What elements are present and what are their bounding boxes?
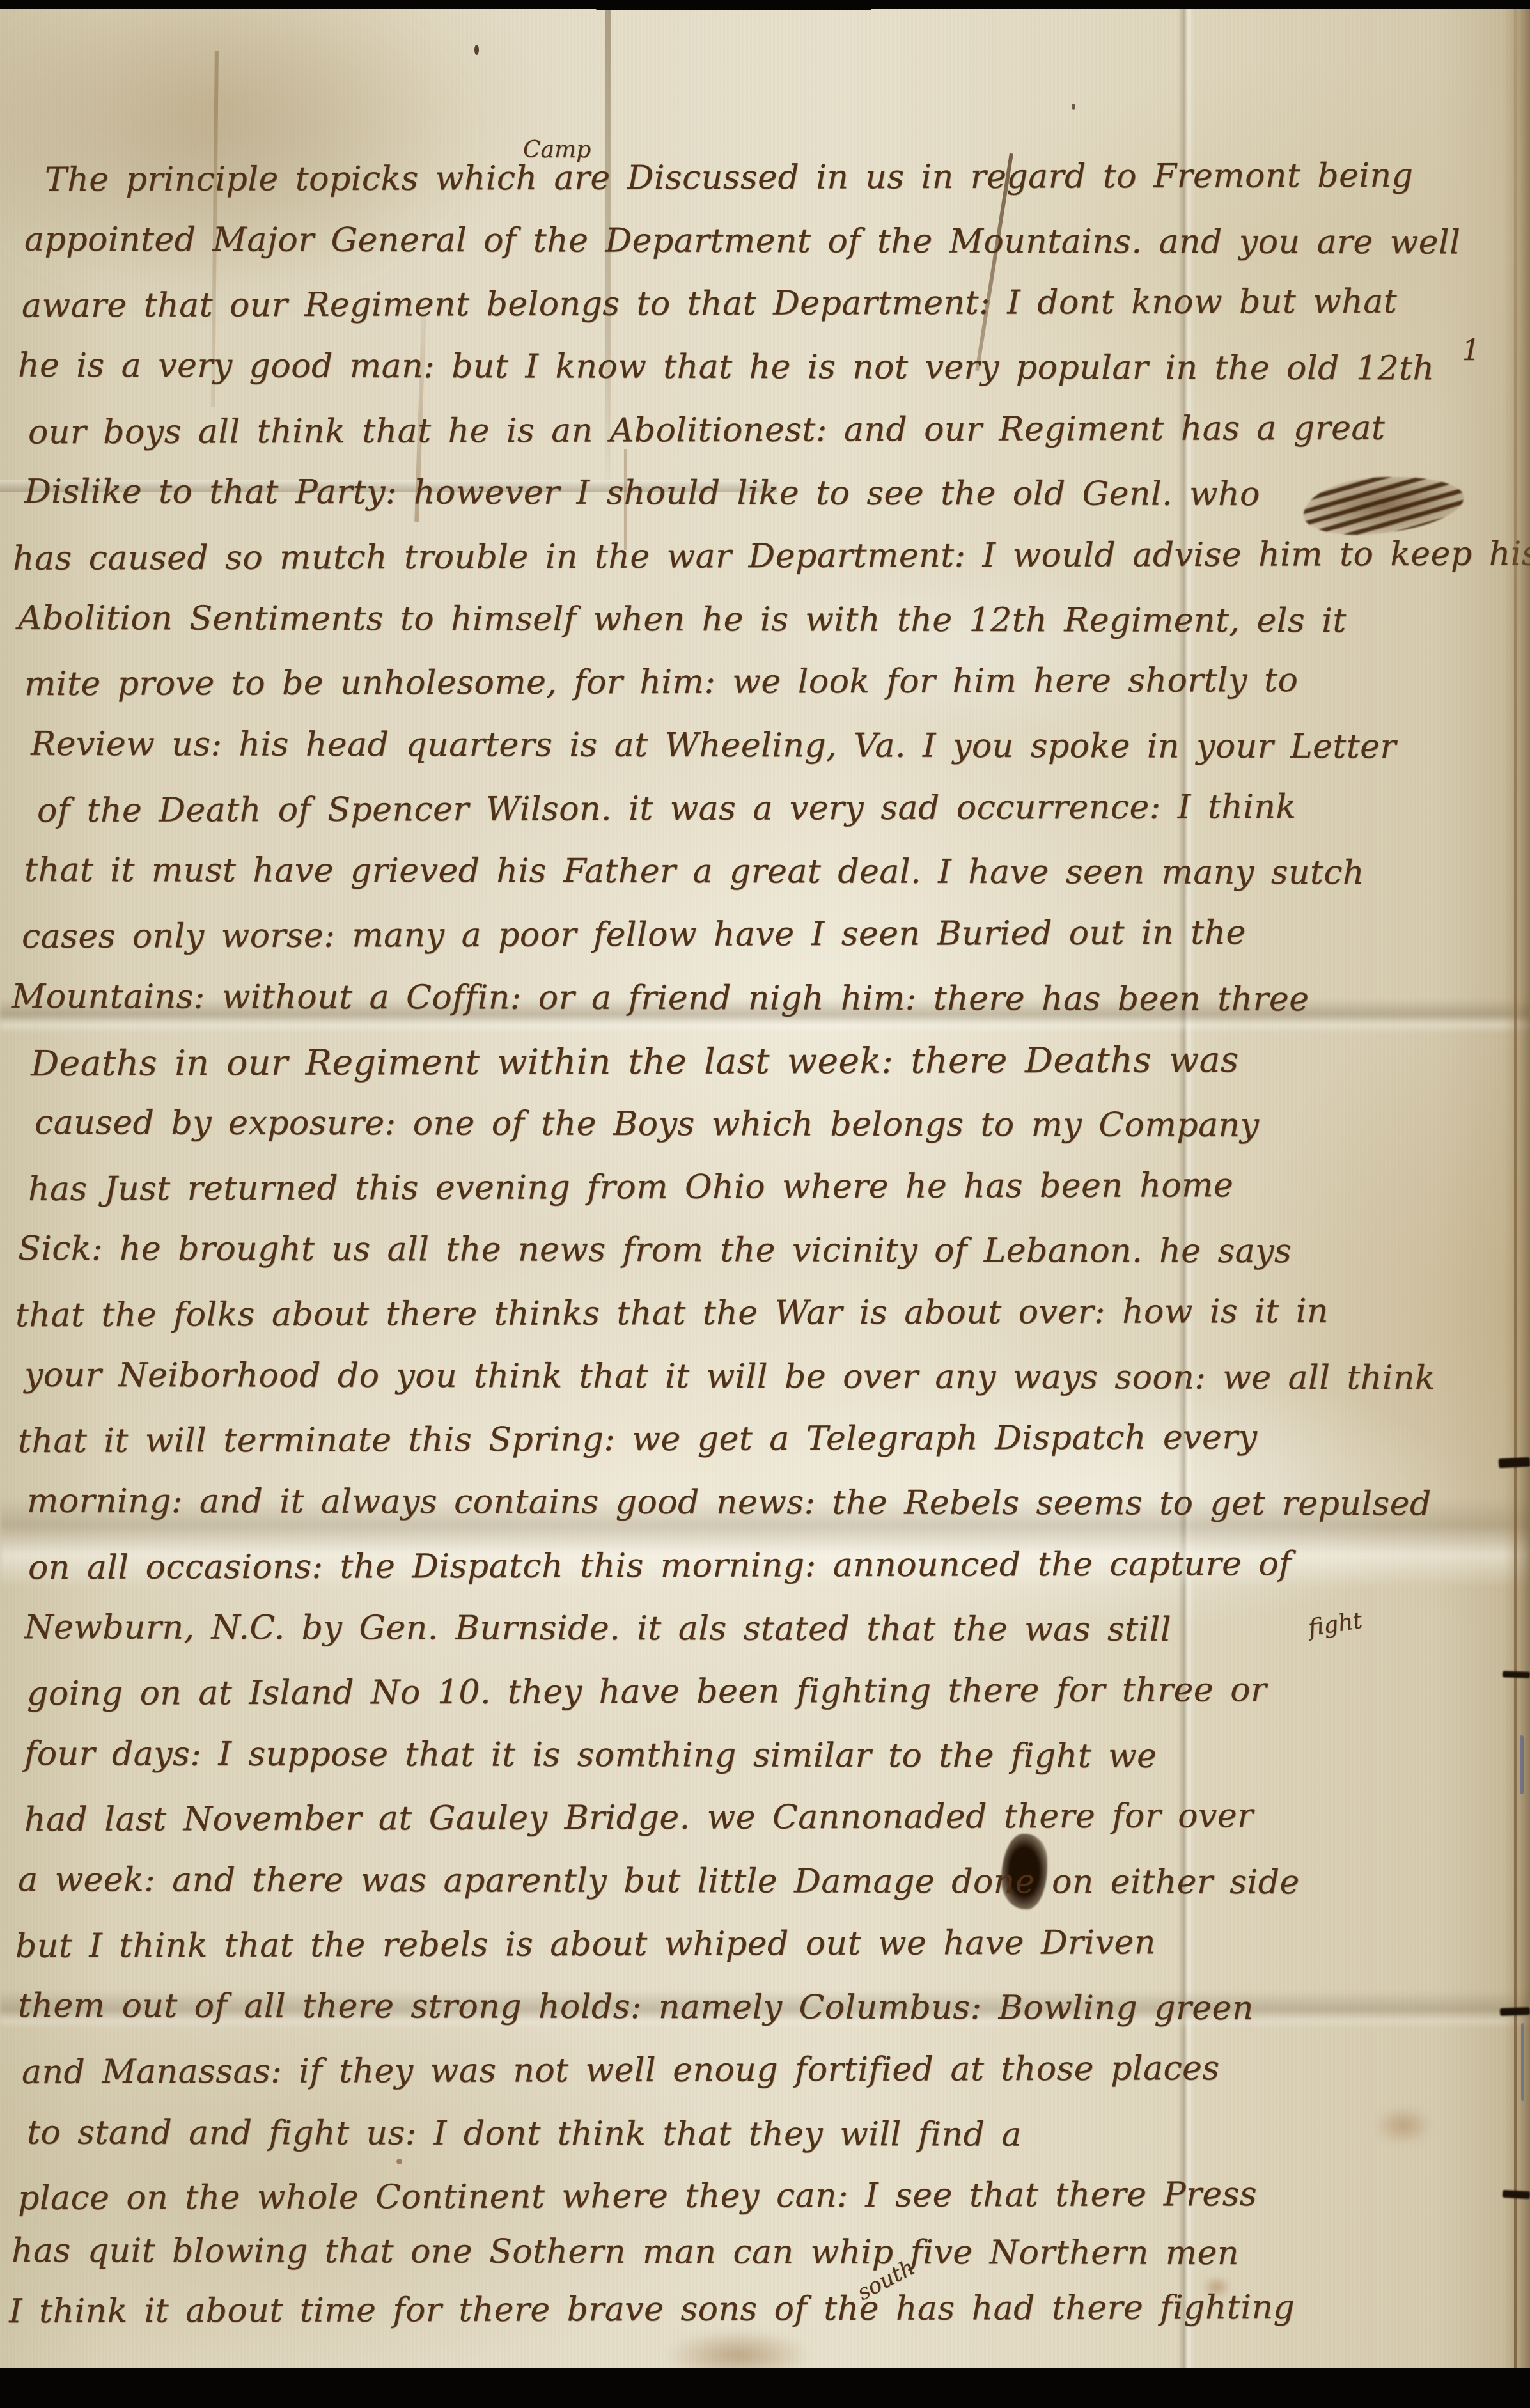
letter-line: that it will terminate this Spring: we g… [18,1421,1258,1458]
letter-line: has Just returned this evening from Ohio… [28,1169,1233,1206]
letter-line: aware that our Regiment belongs to that … [22,285,1397,323]
letter-line: your Neiborhood do you think that it wil… [24,1359,1435,1395]
letter-line: that the folks about there thinks that t… [15,1295,1329,1332]
letter-line: them out of all there strong holds: name… [18,1989,1254,2025]
letter-line: but I think that the rebels is about whi… [15,1926,1156,1963]
letter-line: going on at Island No 10. they have been… [27,1673,1267,1710]
margin-numeral: 1 [1462,332,1480,367]
letter-line: to stand and fight us: I dont think that… [27,2116,1022,2151]
letter-line: Sick: he brought us all the news from th… [18,1232,1292,1268]
paper-top-edge-notch [596,0,874,10]
letter-line: had last November at Gauley Bridge. we C… [24,1799,1254,1836]
letter-line: of the Death of Spencer Wilson. it was a… [37,790,1296,827]
blue-ink-mark-edge [1520,1735,1524,1794]
letter-line: and Manassas: if they was not well enoug… [22,2052,1220,2089]
letter-page: The principle topicks which are Discusse… [0,9,1530,2368]
ink-mark-edge [1503,2190,1530,2199]
letter-line: Abolition Sentiments to himself when he … [18,602,1347,637]
letter-line: morning: and it always contains good new… [27,1485,1432,1521]
paper-speck [396,2159,402,2164]
letter-line: on all occasions: the Dispatch this morn… [28,1547,1292,1584]
letter-line: four days: I suppose that it is somthing… [24,1737,1157,1773]
letter-line: mite prove to be unholesome, for him: we… [24,664,1298,701]
letter-line: Review us: his head quarters is at Wheel… [31,728,1396,763]
letter-line: cases only worse: many a poor fellow hav… [22,916,1246,953]
ink-mark-edge [1499,1457,1530,1469]
paper-speck [474,45,479,55]
letter-line: place on the whole Continent where they … [18,2178,1257,2215]
paper-stain [665,2330,812,2368]
letter-line: Mountains: without a Coffin: or a friend… [12,980,1309,1016]
letter-line: our boys all think that he is an Aboliti… [28,412,1385,450]
letter-line: has caused so mutch trouble in the war D… [13,537,1530,575]
letter-line: Deaths in our Regiment within the last w… [31,1042,1239,1081]
paper-sheen [748,565,1196,731]
scratched-out-word [1301,471,1466,538]
paper-stain [1375,2106,1432,2145]
letter-line: he is a very good man: but I know that h… [18,349,1435,386]
insertion-fight: fight [1306,1607,1364,1642]
letter-line: that it must have grieved his Father a g… [24,854,1364,889]
ink-mark-edge [1500,2007,1530,2016]
insertion-camp: Camp [523,137,591,163]
blue-ink-mark-edge [1521,2023,1524,2101]
letter-line: The principle topicks which are Discusse… [45,159,1413,197]
letter-line: has quit blowing that one Sothern man ca… [12,2234,1239,2270]
letter-line: a week: and there was aparently but litt… [18,1863,1300,1899]
paper-speck [1072,104,1075,110]
letter-line: appointed Major General of the Departmen… [24,223,1460,260]
letter-line: Newburn, N.C. by Gen. Burnside. it als s… [24,1611,1171,1646]
letter-line: caused by exposure: one of the Boys whic… [35,1106,1259,1142]
ink-mark-edge [1503,1671,1530,1678]
letter-line: I think it about time for there brave so… [9,2291,1295,2328]
letter-line: Dislike to that Party: however I should … [24,475,1260,511]
